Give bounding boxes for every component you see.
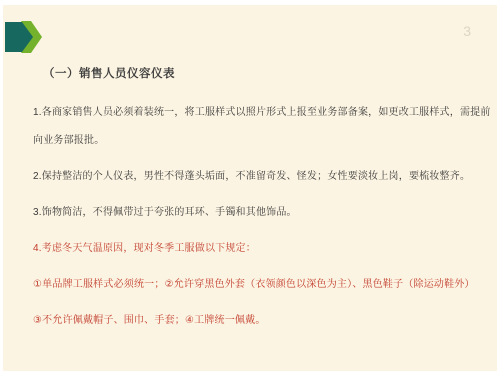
chevron-right-logo-icon	[5, 21, 42, 53]
slide-title: （一）销售人员仪容仪表	[43, 65, 496, 81]
page-number: 3	[463, 23, 471, 39]
rule-item-3: 3.饰物简洁，不得佩带过于夸张的耳环、手镯和其他饰品。	[33, 199, 496, 227]
rule-item-4: 4.考虑冬天气温原因，现对冬季工服做以下规定：	[33, 235, 496, 263]
rule-item-6: ③不允许佩戴帽子、围巾、手套；④工牌统一佩戴。	[33, 307, 496, 335]
rule-item-1: 1.各商家销售人员必须着装统一，将工服样式以照片形式上报至业务部备案，如更改工服…	[33, 99, 496, 155]
rule-item-2: 2.保持整洁的个人仪表，男性不得蓬头垢面，不准留奇发、怪发；女性要淡妆上岗，要梳…	[33, 163, 496, 191]
slide: 3 （一）销售人员仪容仪表 1.各商家销售人员必须着装统一，将工服样式以照片形式…	[0, 0, 500, 375]
slide-content: （一）销售人员仪容仪表 1.各商家销售人员必须着装统一，将工服样式以照片形式上报…	[33, 65, 496, 343]
rule-item-5: ①单品牌工服样式必须统一；②允许穿黑色外套（衣领颜色以深色为主）、黑色鞋子（除运…	[33, 271, 496, 299]
